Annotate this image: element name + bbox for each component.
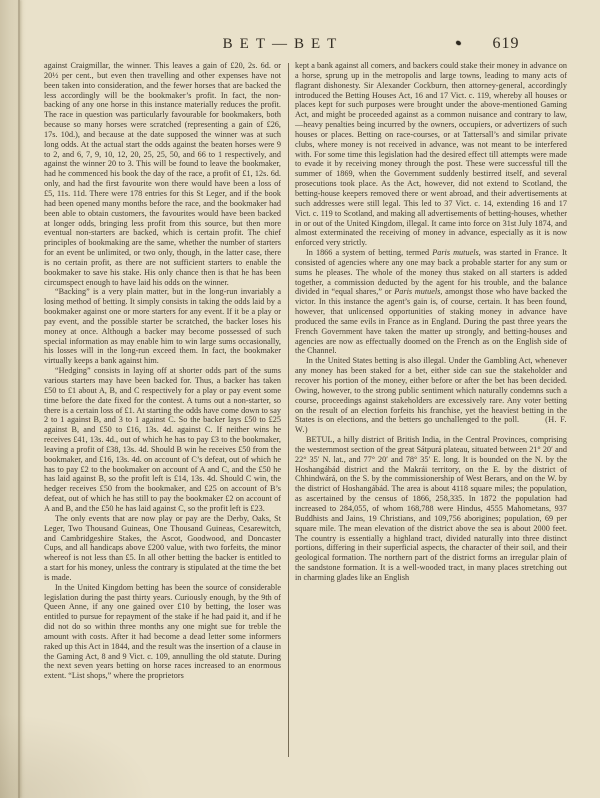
- paragraph: “Backing” is a very plain matter, but in…: [44, 287, 281, 366]
- paragraph: BETUL, a hilly district of British India…: [295, 435, 567, 583]
- paragraph: In the United Kingdom betting has been t…: [44, 583, 281, 681]
- ink-mark: [455, 40, 461, 46]
- text-segment: BETUL, a hilly district of British India…: [295, 435, 567, 582]
- column-divider-rule: [288, 63, 289, 757]
- paragraph: “Hedging” consists in laying off at shor…: [44, 366, 281, 514]
- column-left: against Craigmillar, the winner. This le…: [44, 61, 281, 769]
- text-segment: Paris mutuels: [394, 287, 440, 296]
- paragraph: kept a bank against all comers, and back…: [295, 61, 567, 248]
- page-edge-shadow: [18, 0, 20, 798]
- paragraph: In 1866 a system of betting, termed Pari…: [295, 248, 567, 356]
- text-segment: Paris mutuels: [432, 248, 479, 257]
- text-segment: , amongst those who have backed the vict…: [295, 287, 567, 355]
- paragraph: In the United States betting is also ill…: [295, 356, 567, 435]
- text-block: against Craigmillar, the winner. This le…: [44, 61, 567, 769]
- page-number: 619: [483, 35, 529, 53]
- text-segment: against Craigmillar, the winner. This le…: [44, 61, 281, 287]
- book-page: BET—BET 619 against Craigmillar, the win…: [0, 0, 600, 798]
- text-segment: The only events that are now play or pay…: [44, 514, 281, 582]
- running-head: BET—BET: [183, 36, 383, 53]
- column-right: kept a bank against all comers, and back…: [295, 61, 567, 769]
- paragraph: The only events that are now play or pay…: [44, 514, 281, 583]
- text-segment: kept a bank against all comers, and back…: [295, 61, 567, 247]
- paragraph: against Craigmillar, the winner. This le…: [44, 61, 281, 287]
- text-segment: “Backing” is a very plain matter, but in…: [44, 287, 281, 365]
- text-segment: In the United Kingdom betting has been t…: [44, 583, 281, 681]
- text-segment: “Hedging” consists in laying off at shor…: [44, 366, 281, 513]
- text-segment: In the United States betting is also ill…: [295, 356, 567, 424]
- text-segment: In 1866 a system of betting, termed: [306, 248, 432, 257]
